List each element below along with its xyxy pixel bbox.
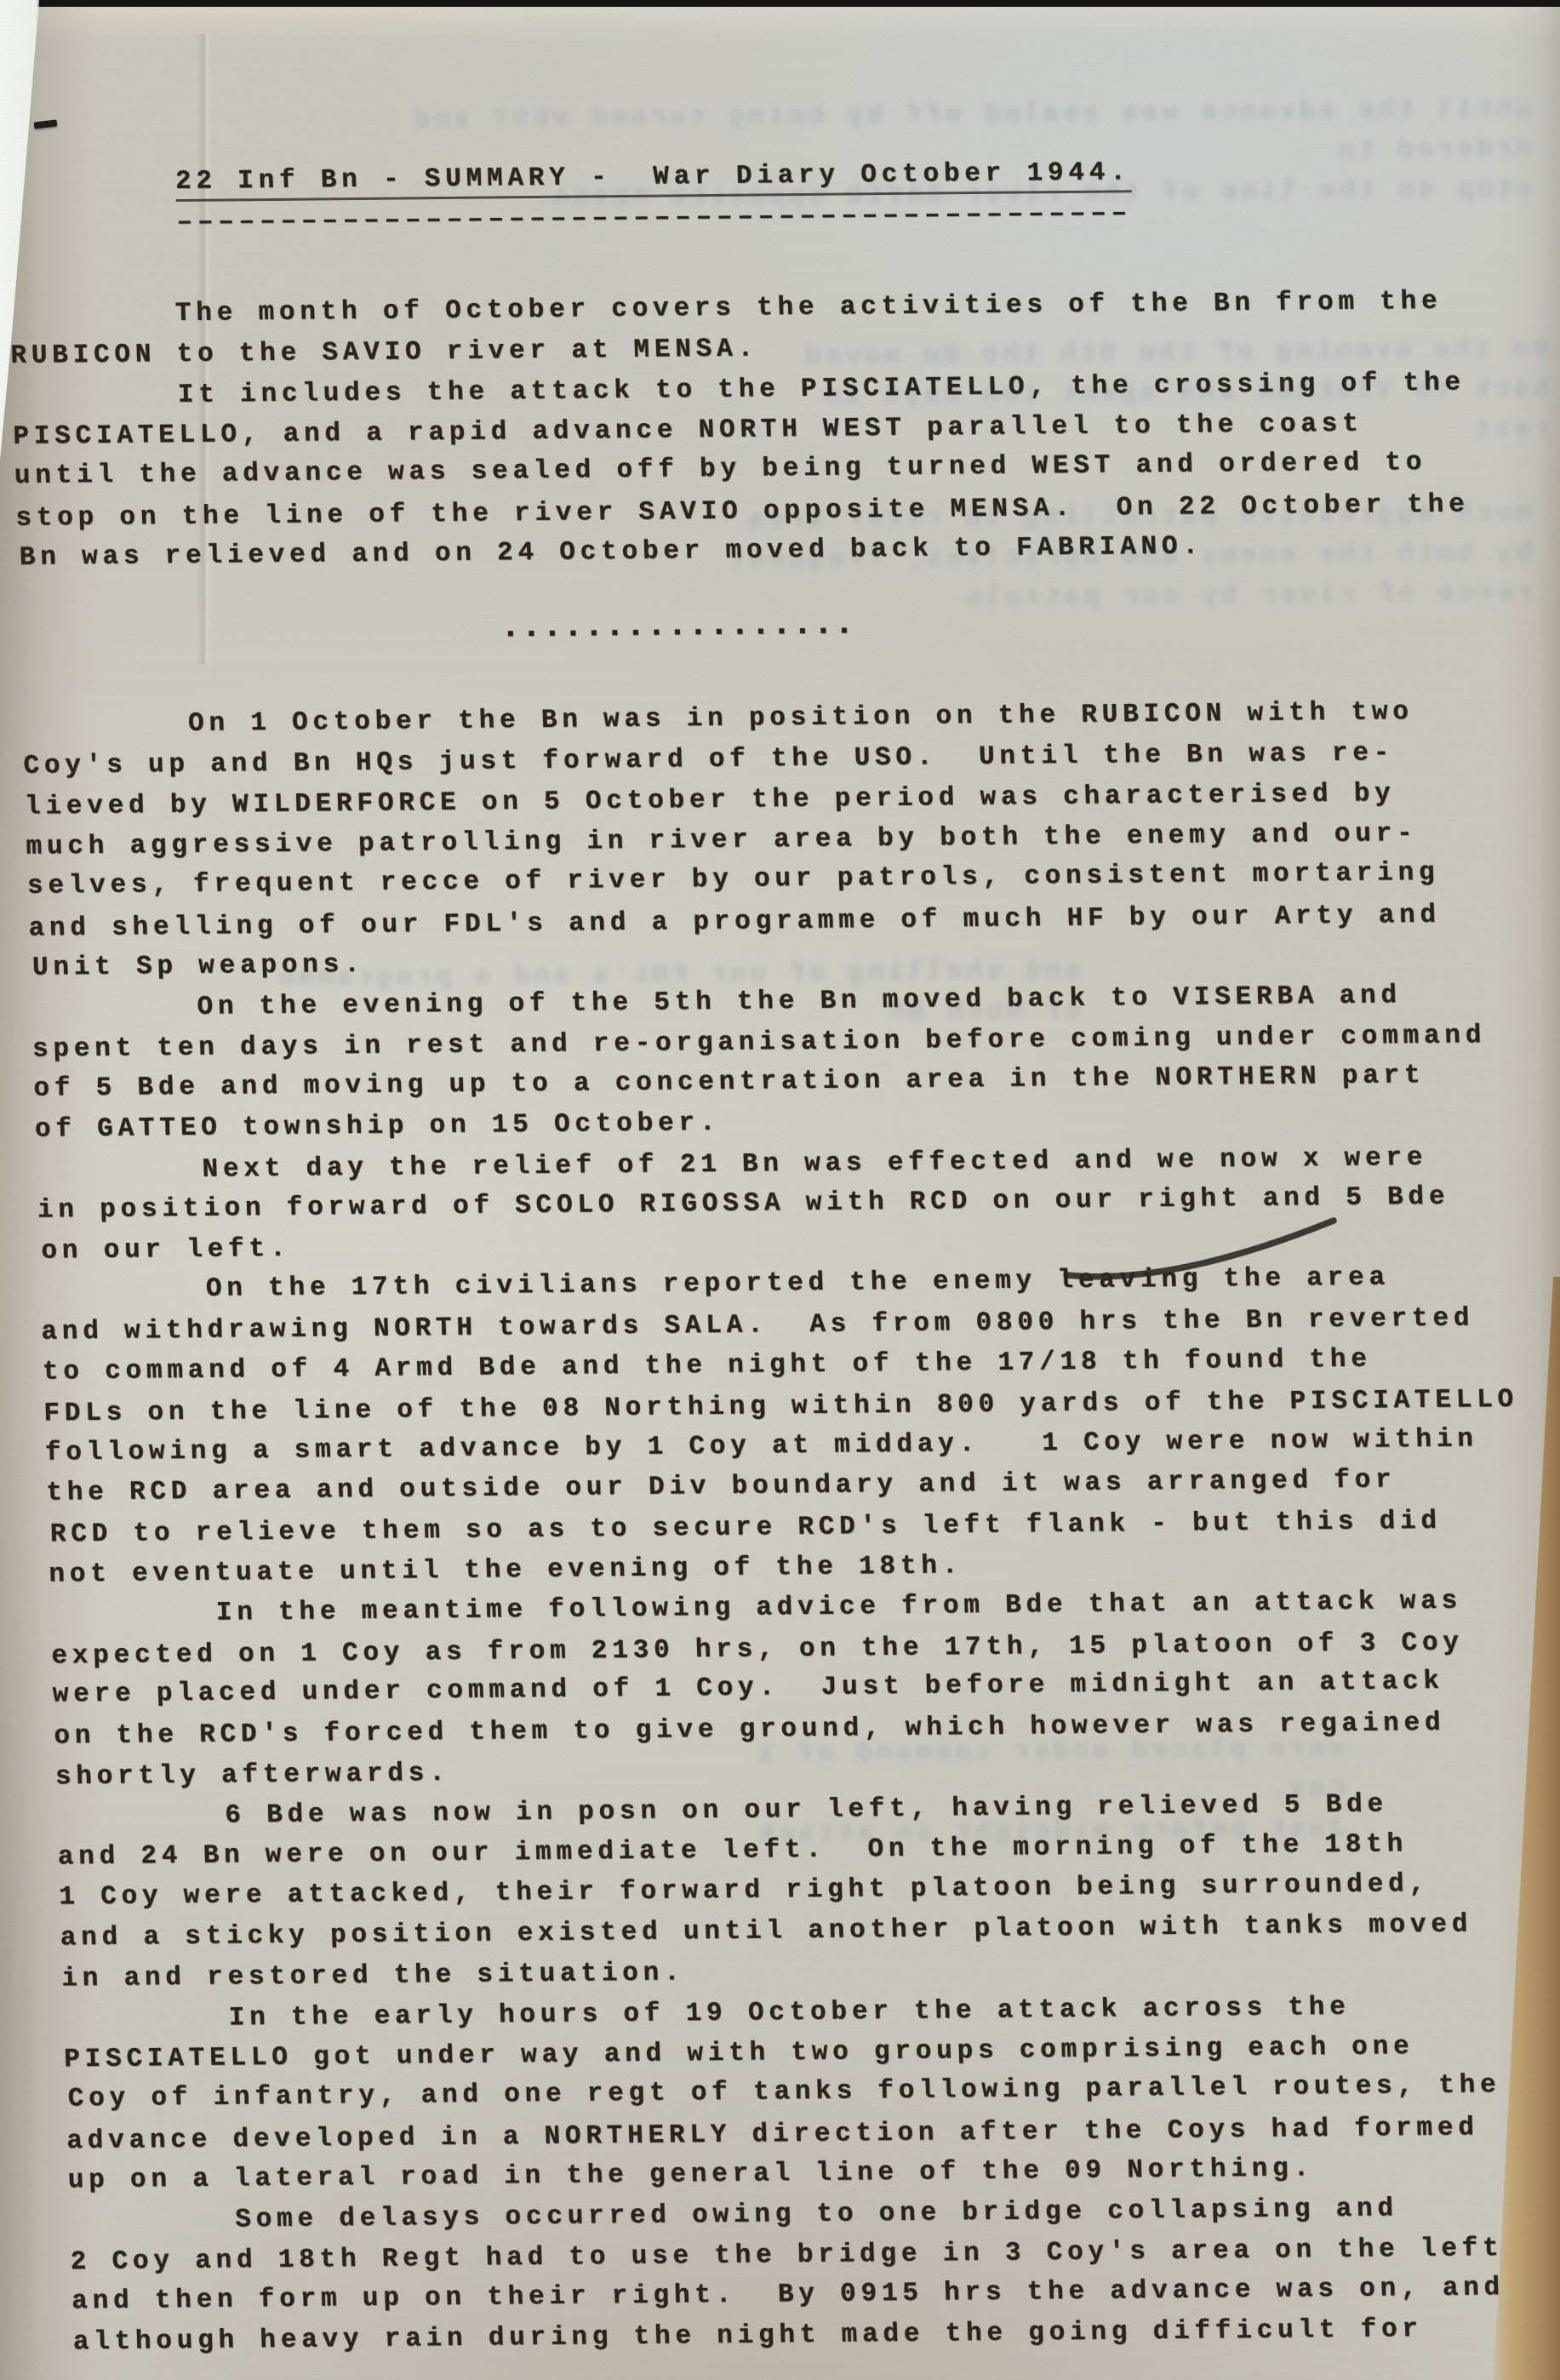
dots-separator: ................. (19, 597, 1560, 653)
paragraphs-after-separator: On 1 October the Bn was in position on t… (21, 690, 1560, 2363)
paragraphs-before-separator: The month of October covers the activiti… (9, 280, 1560, 579)
typed-text: 22 Inf Bn - SUMMARY - War Diary October … (0, 0, 1560, 2363)
pen-stroke-mark (1060, 1207, 1340, 1288)
